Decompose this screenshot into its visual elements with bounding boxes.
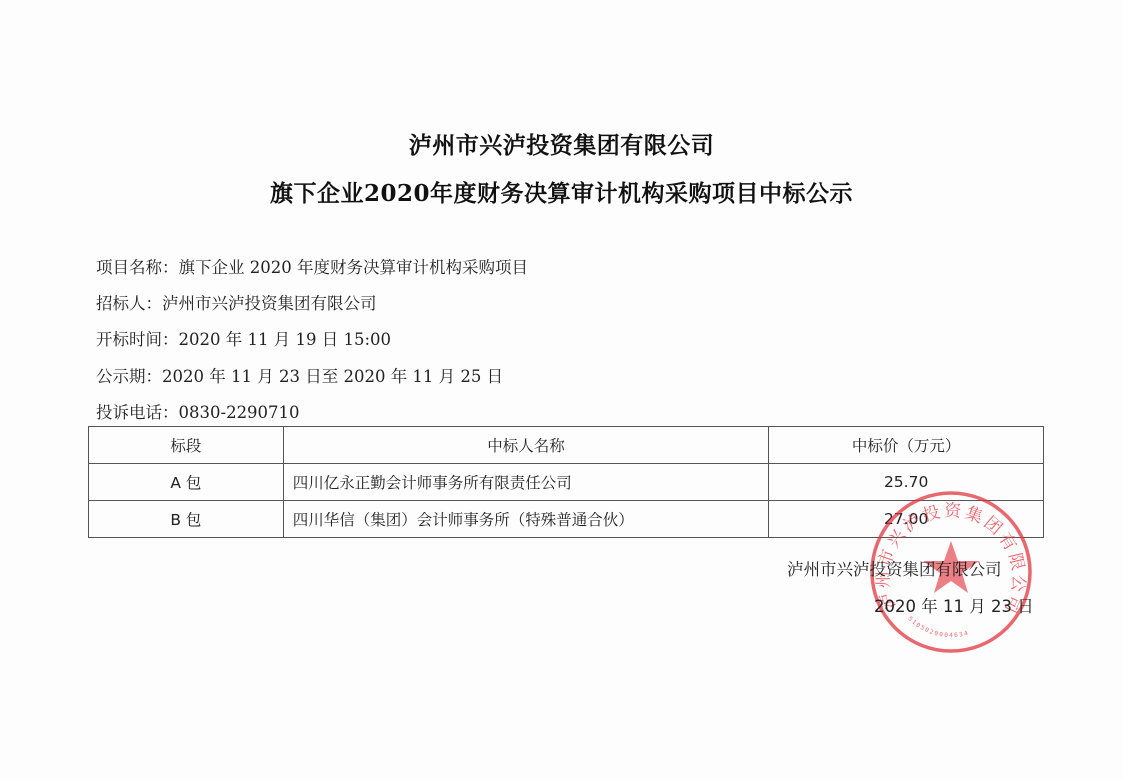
winning-bid-table: 标段 中标人名称 中标价（万元） A 包 四川亿永正勤会计师事务所有限责任公司 … [88, 426, 1044, 538]
info-value: 旗下企业 2020 年度财务决算审计机构采购项目 [179, 258, 528, 277]
table-row: B 包 四川华信（集团）会计师事务所（特殊普通合伙） 27.00 [89, 501, 1044, 538]
info-label: 开标时间： [96, 330, 179, 349]
seal-number: 5105020004634 [907, 615, 971, 639]
cell-lot: A 包 [89, 464, 284, 501]
header-lot: 标段 [89, 427, 284, 464]
info-value: 泸州市兴泸投资集团有限公司 [162, 294, 377, 313]
info-project-name: 项目名称：旗下企业 2020 年度财务决算审计机构采购项目 [96, 254, 528, 278]
svg-text:5105020004634: 5105020004634 [907, 615, 971, 639]
cell-winner: 四川亿永正勤会计师事务所有限责任公司 [283, 464, 768, 501]
header-winning-price: 中标价（万元） [769, 427, 1044, 464]
signature-date: 2020 年 11 月 23 日 [874, 593, 1034, 617]
document-title-line1: 泸州市兴泸投资集团有限公司 [0, 127, 1123, 160]
info-bid-opening-time: 开标时间：2020 年 11 月 19 日 15:00 [96, 326, 391, 350]
info-value: 2020 年 11 月 19 日 15:00 [179, 330, 392, 349]
document-title-line2: 旗下企业2020年度财务决算审计机构采购项目中标公示 [0, 175, 1123, 208]
cell-price: 25.70 [769, 464, 1044, 501]
cell-price: 27.00 [769, 501, 1044, 538]
table-header-row: 标段 中标人名称 中标价（万元） [89, 427, 1044, 464]
info-label: 公示期： [96, 367, 162, 386]
table-row: A 包 四川亿永正勤会计师事务所有限责任公司 25.70 [89, 464, 1044, 501]
info-publicity-period: 公示期：2020 年 11 月 23 日至 2020 年 11 月 25 日 [96, 363, 503, 387]
info-value: 0830-2290710 [179, 403, 300, 422]
cell-lot: B 包 [89, 501, 284, 538]
info-complaint-phone: 投诉电话：0830-2290710 [96, 399, 300, 423]
signature-company: 泸州市兴泸投资集团有限公司 [787, 556, 1002, 580]
info-label: 投诉电话： [96, 403, 179, 422]
info-tenderer: 招标人：泸州市兴泸投资集团有限公司 [96, 290, 377, 314]
info-value: 2020 年 11 月 23 日至 2020 年 11 月 25 日 [162, 367, 503, 386]
info-label: 招标人： [96, 294, 162, 313]
info-label: 项目名称： [96, 258, 179, 277]
document-page: 泸州市兴泸投资集团有限公司 旗下企业2020年度财务决算审计机构采购项目中标公示… [0, 0, 1123, 780]
header-winner-name: 中标人名称 [283, 427, 768, 464]
cell-winner: 四川华信（集团）会计师事务所（特殊普通合伙） [283, 501, 768, 538]
